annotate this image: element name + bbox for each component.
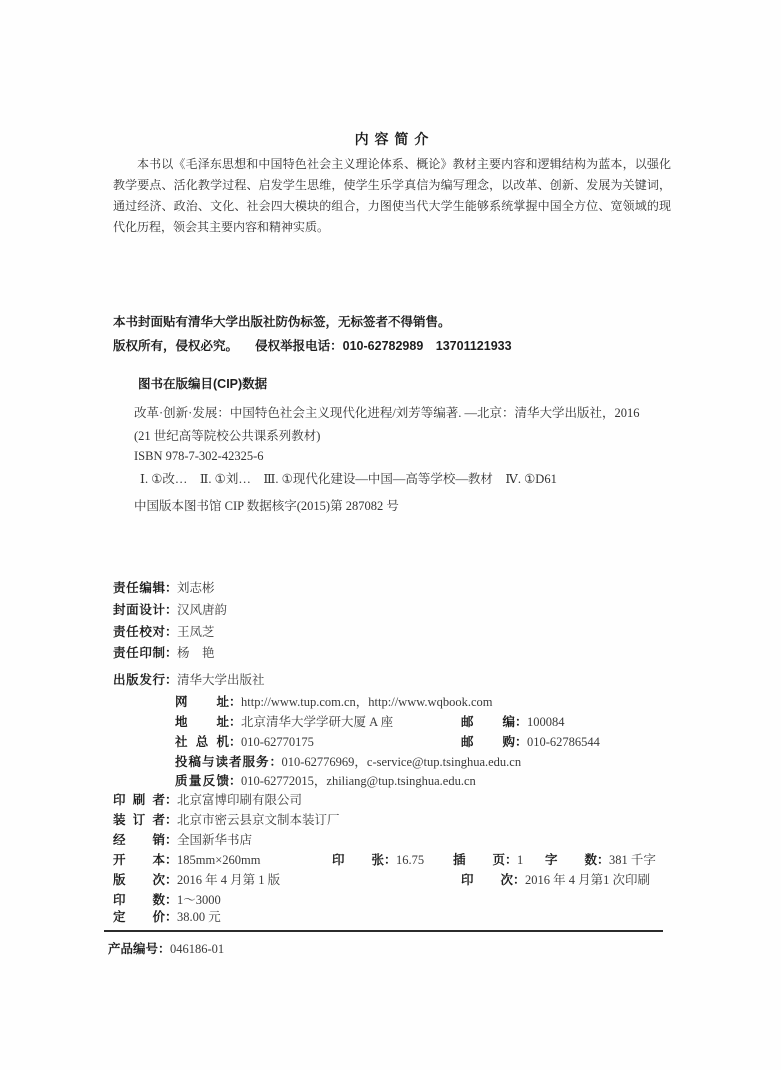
staff-role-label: 责任编辑 xyxy=(113,578,165,598)
mail-order-phone: 010-62786544 xyxy=(527,735,600,749)
inserts-group: 插页：1 xyxy=(453,850,523,870)
colon: ： xyxy=(165,600,177,620)
staff-row-proofreader: 责任校对：王凤芝 xyxy=(113,622,215,642)
colon: ： xyxy=(229,732,241,752)
printer-label: 印刷者 xyxy=(113,790,165,810)
binder-label: 装订者 xyxy=(113,810,165,830)
colon: ： xyxy=(165,622,177,642)
inserts-value: 1 xyxy=(517,853,523,867)
copyright-notice: 版权所有，侵权必究。 xyxy=(113,339,238,353)
switchboard-row: 社总机：010-62770175 邮购：010-62786544 xyxy=(175,732,314,752)
address-row: 地址：北京清华大学学研大厦 A 座 邮编：100084 xyxy=(175,712,393,732)
postcode-group: 邮编：100084 xyxy=(461,712,565,732)
content-summary-title: 内 容 简 介 xyxy=(113,129,671,149)
piracy-hotline: 侵权举报电话：010-62782989 13701121933 xyxy=(255,339,511,353)
colon: ： xyxy=(384,850,396,870)
postcode-value: 100084 xyxy=(527,715,565,729)
publisher-label: 出版发行 xyxy=(113,670,165,690)
sheets-label: 印张 xyxy=(332,850,384,870)
book-copyright-page: 内 容 简 介 本书以《毛泽东思想和中国特色社会主义理论体系、概论》教材主要内容… xyxy=(0,0,781,1070)
switchboard-label: 社总机 xyxy=(175,732,229,752)
reader-service-contact: 010-62776969，c-service@tup.tsinghua.edu.… xyxy=(282,755,522,769)
colon: ： xyxy=(515,712,527,732)
quality-feedback-row: 质量反馈：010-62772015，zhiliang@tup.tsinghua.… xyxy=(175,771,476,791)
colon: ： xyxy=(270,752,282,772)
switchboard-phone: 010-62770175 xyxy=(241,735,314,749)
staff-name: 王凤芝 xyxy=(177,625,215,639)
staff-role-label: 责任印制 xyxy=(113,643,165,663)
word-count-group: 字数：381 千字 xyxy=(545,850,656,870)
colon: ： xyxy=(505,850,517,870)
publisher-row: 出版发行：清华大学出版社 xyxy=(113,670,265,690)
colon: ： xyxy=(229,712,241,732)
divider-rule xyxy=(104,930,663,932)
staff-row-print-supervisor: 责任印制：杨 艳 xyxy=(113,643,215,663)
print-run-value: 1～3000 xyxy=(177,893,221,907)
cip-record: 中国版本图书馆 CIP 数据核字(2015)第 287082 号 xyxy=(134,496,399,516)
edition-label: 版次 xyxy=(113,870,165,890)
website-row: 网址：http://www.tup.com.cn，http://www.wqbo… xyxy=(175,692,492,712)
anti-counterfeit-notice: 本书封面贴有清华大学出版社防伪标签，无标签者不得销售。 xyxy=(113,312,451,332)
address-value: 北京清华大学学研大厦 A 座 xyxy=(241,715,393,729)
colon: ： xyxy=(165,578,177,598)
colon: ： xyxy=(165,670,177,690)
quality-feedback-label: 质量反馈 xyxy=(175,771,229,791)
format-value: 185mm×260mm xyxy=(177,853,260,867)
impression-value: 2016 年 4 月第1 次印刷 xyxy=(525,873,650,887)
cip-isbn: ISBN 978-7-302-42325-6 xyxy=(134,446,264,466)
cip-entry: 改革·创新·发展：中国特色社会主义现代化进程/刘芳等编著. —北京：清华大学出版… xyxy=(134,403,640,423)
product-number-row: 产品编号：046186-01 xyxy=(108,939,224,959)
copyright-notice-line: 版权所有，侵权必究。 侵权举报电话：010-62782989 137011219… xyxy=(113,336,512,356)
quality-feedback-contact: 010-62772015，zhiliang@tup.tsinghua.edu.c… xyxy=(241,774,476,788)
distributor-row: 经销：全国新华书店 xyxy=(113,830,252,850)
staff-row-cover-design: 封面设计：汉风唐韵 xyxy=(113,600,227,620)
edition-row: 版次：2016 年 4 月第 1 版 印次：2016 年 4 月第1 次印刷 xyxy=(113,870,280,890)
product-number-label: 产品编号 xyxy=(108,942,158,956)
mail-order-group: 邮购：010-62786544 xyxy=(461,732,600,752)
website-urls: http://www.tup.com.cn，http://www.wqbook.… xyxy=(241,695,492,709)
word-count-label: 字数 xyxy=(545,850,597,870)
colon: ： xyxy=(229,771,241,791)
format-label: 开本 xyxy=(113,850,165,870)
colon: ： xyxy=(165,790,177,810)
sheets-group: 印张：16.75 xyxy=(332,850,424,870)
colon: ： xyxy=(165,643,177,663)
printer-name: 北京富博印刷有限公司 xyxy=(177,793,302,807)
cip-classification: Ⅰ. ①改… Ⅱ. ①刘… Ⅲ. ①现代化建设—中国—高等学校—教材 Ⅳ. ①D… xyxy=(140,469,557,489)
price-value: 38.00 元 xyxy=(177,910,221,924)
address-label: 地址 xyxy=(175,712,229,732)
colon: ： xyxy=(165,870,177,890)
mail-order-label: 邮购 xyxy=(461,732,515,752)
staff-name: 刘志彬 xyxy=(177,581,215,595)
colon: ： xyxy=(513,870,525,890)
product-number-value: 046186-01 xyxy=(170,942,224,956)
reader-service-row: 投稿与读者服务：010-62776969，c-service@tup.tsing… xyxy=(175,752,521,772)
colon: ： xyxy=(158,939,170,959)
word-count-value: 381 千字 xyxy=(609,853,656,867)
sheets-value: 16.75 xyxy=(396,853,424,867)
colon: ： xyxy=(165,850,177,870)
binder-name: 北京市密云县京文制本装订厂 xyxy=(177,813,340,827)
impression-label: 印次 xyxy=(461,870,513,890)
format-row: 开本：185mm×260mm 印张：16.75 插页：1 字数：381 千字 xyxy=(113,850,260,870)
price-row: 定价：38.00 元 xyxy=(113,907,221,927)
colon: ： xyxy=(165,830,177,850)
impression-group: 印次：2016 年 4 月第1 次印刷 xyxy=(461,870,650,890)
website-label: 网址 xyxy=(175,692,229,712)
binder-row: 装订者：北京市密云县京文制本装订厂 xyxy=(113,810,340,830)
printer-row: 印刷者：北京富博印刷有限公司 xyxy=(113,790,302,810)
staff-name: 杨 艳 xyxy=(177,646,215,660)
colon: ： xyxy=(229,692,241,712)
postcode-label: 邮编 xyxy=(461,712,515,732)
staff-role-label: 责任校对 xyxy=(113,622,165,642)
colon: ： xyxy=(515,732,527,752)
cip-series: (21 世纪高等院校公共课系列教材) xyxy=(134,426,320,446)
cip-heading: 图书在版编目(CIP)数据 xyxy=(138,374,267,394)
reader-service-label: 投稿与读者服务 xyxy=(175,755,270,769)
distributor-label: 经销 xyxy=(113,830,165,850)
distributor-name: 全国新华书店 xyxy=(177,833,252,847)
price-label: 定价 xyxy=(113,907,165,927)
colon: ： xyxy=(165,907,177,927)
edition-value: 2016 年 4 月第 1 版 xyxy=(177,873,280,887)
colon: ： xyxy=(597,850,609,870)
staff-name: 汉风唐韵 xyxy=(177,603,227,617)
publisher-name: 清华大学出版社 xyxy=(177,673,265,687)
inserts-label: 插页 xyxy=(453,850,505,870)
colon: ： xyxy=(165,810,177,830)
staff-role-label: 封面设计 xyxy=(113,600,165,620)
intro-paragraph: 本书以《毛泽东思想和中国特色社会主义理论体系、概论》教材主要内容和逻辑结构为蓝本… xyxy=(113,154,671,238)
staff-row-editor: 责任编辑：刘志彬 xyxy=(113,578,215,598)
